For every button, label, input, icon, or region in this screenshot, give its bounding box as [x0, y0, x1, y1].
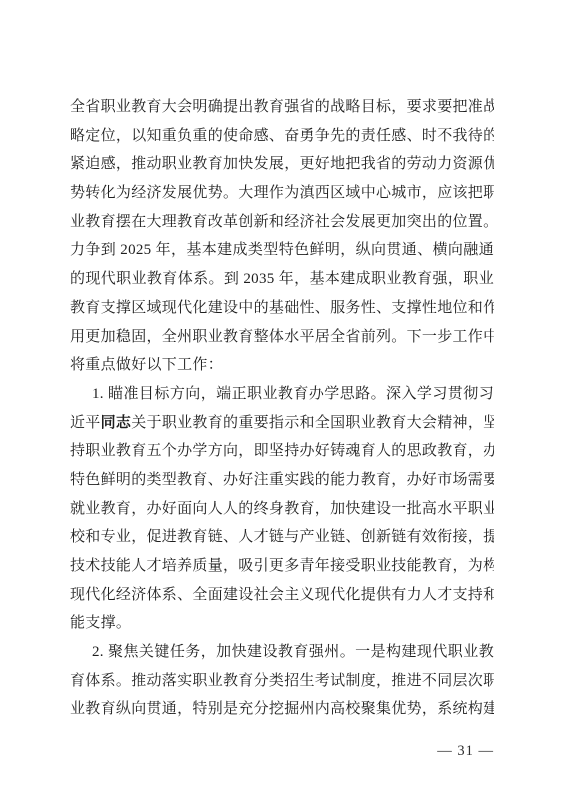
text-segment: 育体系。推动落实职业教育分类招生考试制度，推进不同层次职 — [70, 673, 494, 689]
text-line: 的现代职业教育体系。到 2035 年，基本建成职业教育强，职业 — [70, 265, 494, 294]
text-line: 技术技能人才培养质量，吸引更多青年接受职业技能教育，为构建 — [70, 552, 494, 581]
text-segment: 技术技能人才培养质量，吸引更多青年接受职业技能教育，为构建 — [70, 558, 494, 574]
text-segment: 2. 聚焦关键任务，加快建设教育强州。一是构建现代职业教 — [92, 644, 494, 660]
text-line: 势转化为经济发展优势。大理作为滇西区域中心城市，应该把职 — [70, 179, 494, 208]
text-segment: 业教育纵向贯通，特别是充分挖掘州内高校聚集优势，系统构建 — [70, 701, 494, 717]
text-segment: 略定位，以知重负重的使命感、奋勇争先的责任感、时不我待的 — [70, 128, 494, 144]
text-segment: 将重点做好以下工作： — [70, 357, 223, 373]
text-line: 业教育摆在大理教育改革创新和经济社会发展更加突出的位置。 — [70, 208, 494, 237]
text-line: 1. 瞄准目标方向，端正职业教育办学思路。深入学习贯彻习 — [70, 380, 494, 409]
text-line: 将重点做好以下工作： — [70, 351, 494, 380]
text-segment: 业教育摆在大理教育改革创新和经济社会发展更加突出的位置。 — [70, 214, 494, 230]
text-block: 全省职业教育大会明确提出教育强省的战略目标，要求要把准战略定位，以知重负重的使命… — [70, 93, 494, 724]
text-segment: 全省职业教育大会明确提出教育强省的战略目标，要求要把准战 — [70, 99, 494, 115]
text-segment: 教育支撑区域现代化建设中的基础性、服务性、支撑性地位和作 — [70, 300, 494, 316]
text-line: 全省职业教育大会明确提出教育强省的战略目标，要求要把准战 — [70, 93, 494, 122]
page-number: — 31 — — [70, 741, 494, 761]
text-line: 能支撑。 — [70, 609, 494, 638]
text-segment: 力争到 2025 年，基本建成类型特色鲜明，纵向贯通、横向融通 — [70, 242, 494, 258]
text-line: 育体系。推动落实职业教育分类招生考试制度，推进不同层次职 — [70, 667, 494, 696]
text-segment: 用更加稳固，全州职业教育整体水平居全省前列。下一步工作中， — [70, 329, 494, 345]
text-line: 略定位，以知重负重的使命感、奋勇争先的责任感、时不我待的 — [70, 122, 494, 151]
text-segment: 1. 瞄准目标方向，端正职业教育办学思路。深入学习贯彻习 — [92, 386, 494, 402]
text-line: 业教育纵向贯通，特别是充分挖掘州内高校聚集优势，系统构建 — [70, 695, 494, 724]
text-segment: 势转化为经济发展优势。大理作为滇西区域中心城市，应该把职 — [70, 185, 494, 201]
text-segment: 持职业教育五个办学方向，即坚持办好铸魂育人的思政教育，办好 — [70, 443, 494, 459]
document-page: 全省职业教育大会明确提出教育强省的战略目标，要求要把准战略定位，以知重负重的使命… — [0, 0, 565, 800]
text-segment: 校和专业，促进教育链、人才链与产业链、创新链有效衔接，提升 — [70, 529, 494, 545]
emphasized-text: 同志 — [101, 414, 132, 431]
text-segment: 紧迫感，推动职业教育加快发展，更好地把我省的劳动力资源优 — [70, 156, 494, 172]
text-segment: 能支撑。 — [70, 615, 131, 631]
text-segment: 就业教育，办好面向人人的终身教育，加快建设一批高水平职业院 — [70, 501, 494, 517]
text-line: 就业教育，办好面向人人的终身教育，加快建设一批高水平职业院 — [70, 495, 494, 524]
text-line: 教育支撑区域现代化建设中的基础性、服务性、支撑性地位和作 — [70, 294, 494, 323]
text-segment: 近平 — [70, 415, 101, 431]
text-line: 特色鲜明的类型教育、办好注重实践的能力教育，办好市场需要的 — [70, 466, 494, 495]
text-line: 力争到 2025 年，基本建成类型特色鲜明，纵向贯通、横向融通 — [70, 236, 494, 265]
text-segment: 特色鲜明的类型教育、办好注重实践的能力教育，办好市场需要的 — [70, 472, 494, 488]
text-line: 校和专业，促进教育链、人才链与产业链、创新链有效衔接，提升 — [70, 523, 494, 552]
text-segment: 的现代职业教育体系。到 2035 年，基本建成职业教育强，职业 — [70, 271, 494, 287]
text-line: 紧迫感，推动职业教育加快发展，更好地把我省的劳动力资源优 — [70, 150, 494, 179]
text-segment: 现代化经济体系、全面建设社会主义现代化提供有力人才支持和技 — [70, 587, 494, 603]
text-segment: 关于职业教育的重要指示和全国职业教育大会精神，坚 — [131, 415, 494, 431]
text-line: 2. 聚焦关键任务，加快建设教育强州。一是构建现代职业教 — [70, 638, 494, 667]
text-line: 现代化经济体系、全面建设社会主义现代化提供有力人才支持和技 — [70, 581, 494, 610]
text-line: 近平同志关于职业教育的重要指示和全国职业教育大会精神，坚 — [70, 409, 494, 438]
text-line: 持职业教育五个办学方向，即坚持办好铸魂育人的思政教育，办好 — [70, 437, 494, 466]
text-line: 用更加稳固，全州职业教育整体水平居全省前列。下一步工作中， — [70, 323, 494, 352]
